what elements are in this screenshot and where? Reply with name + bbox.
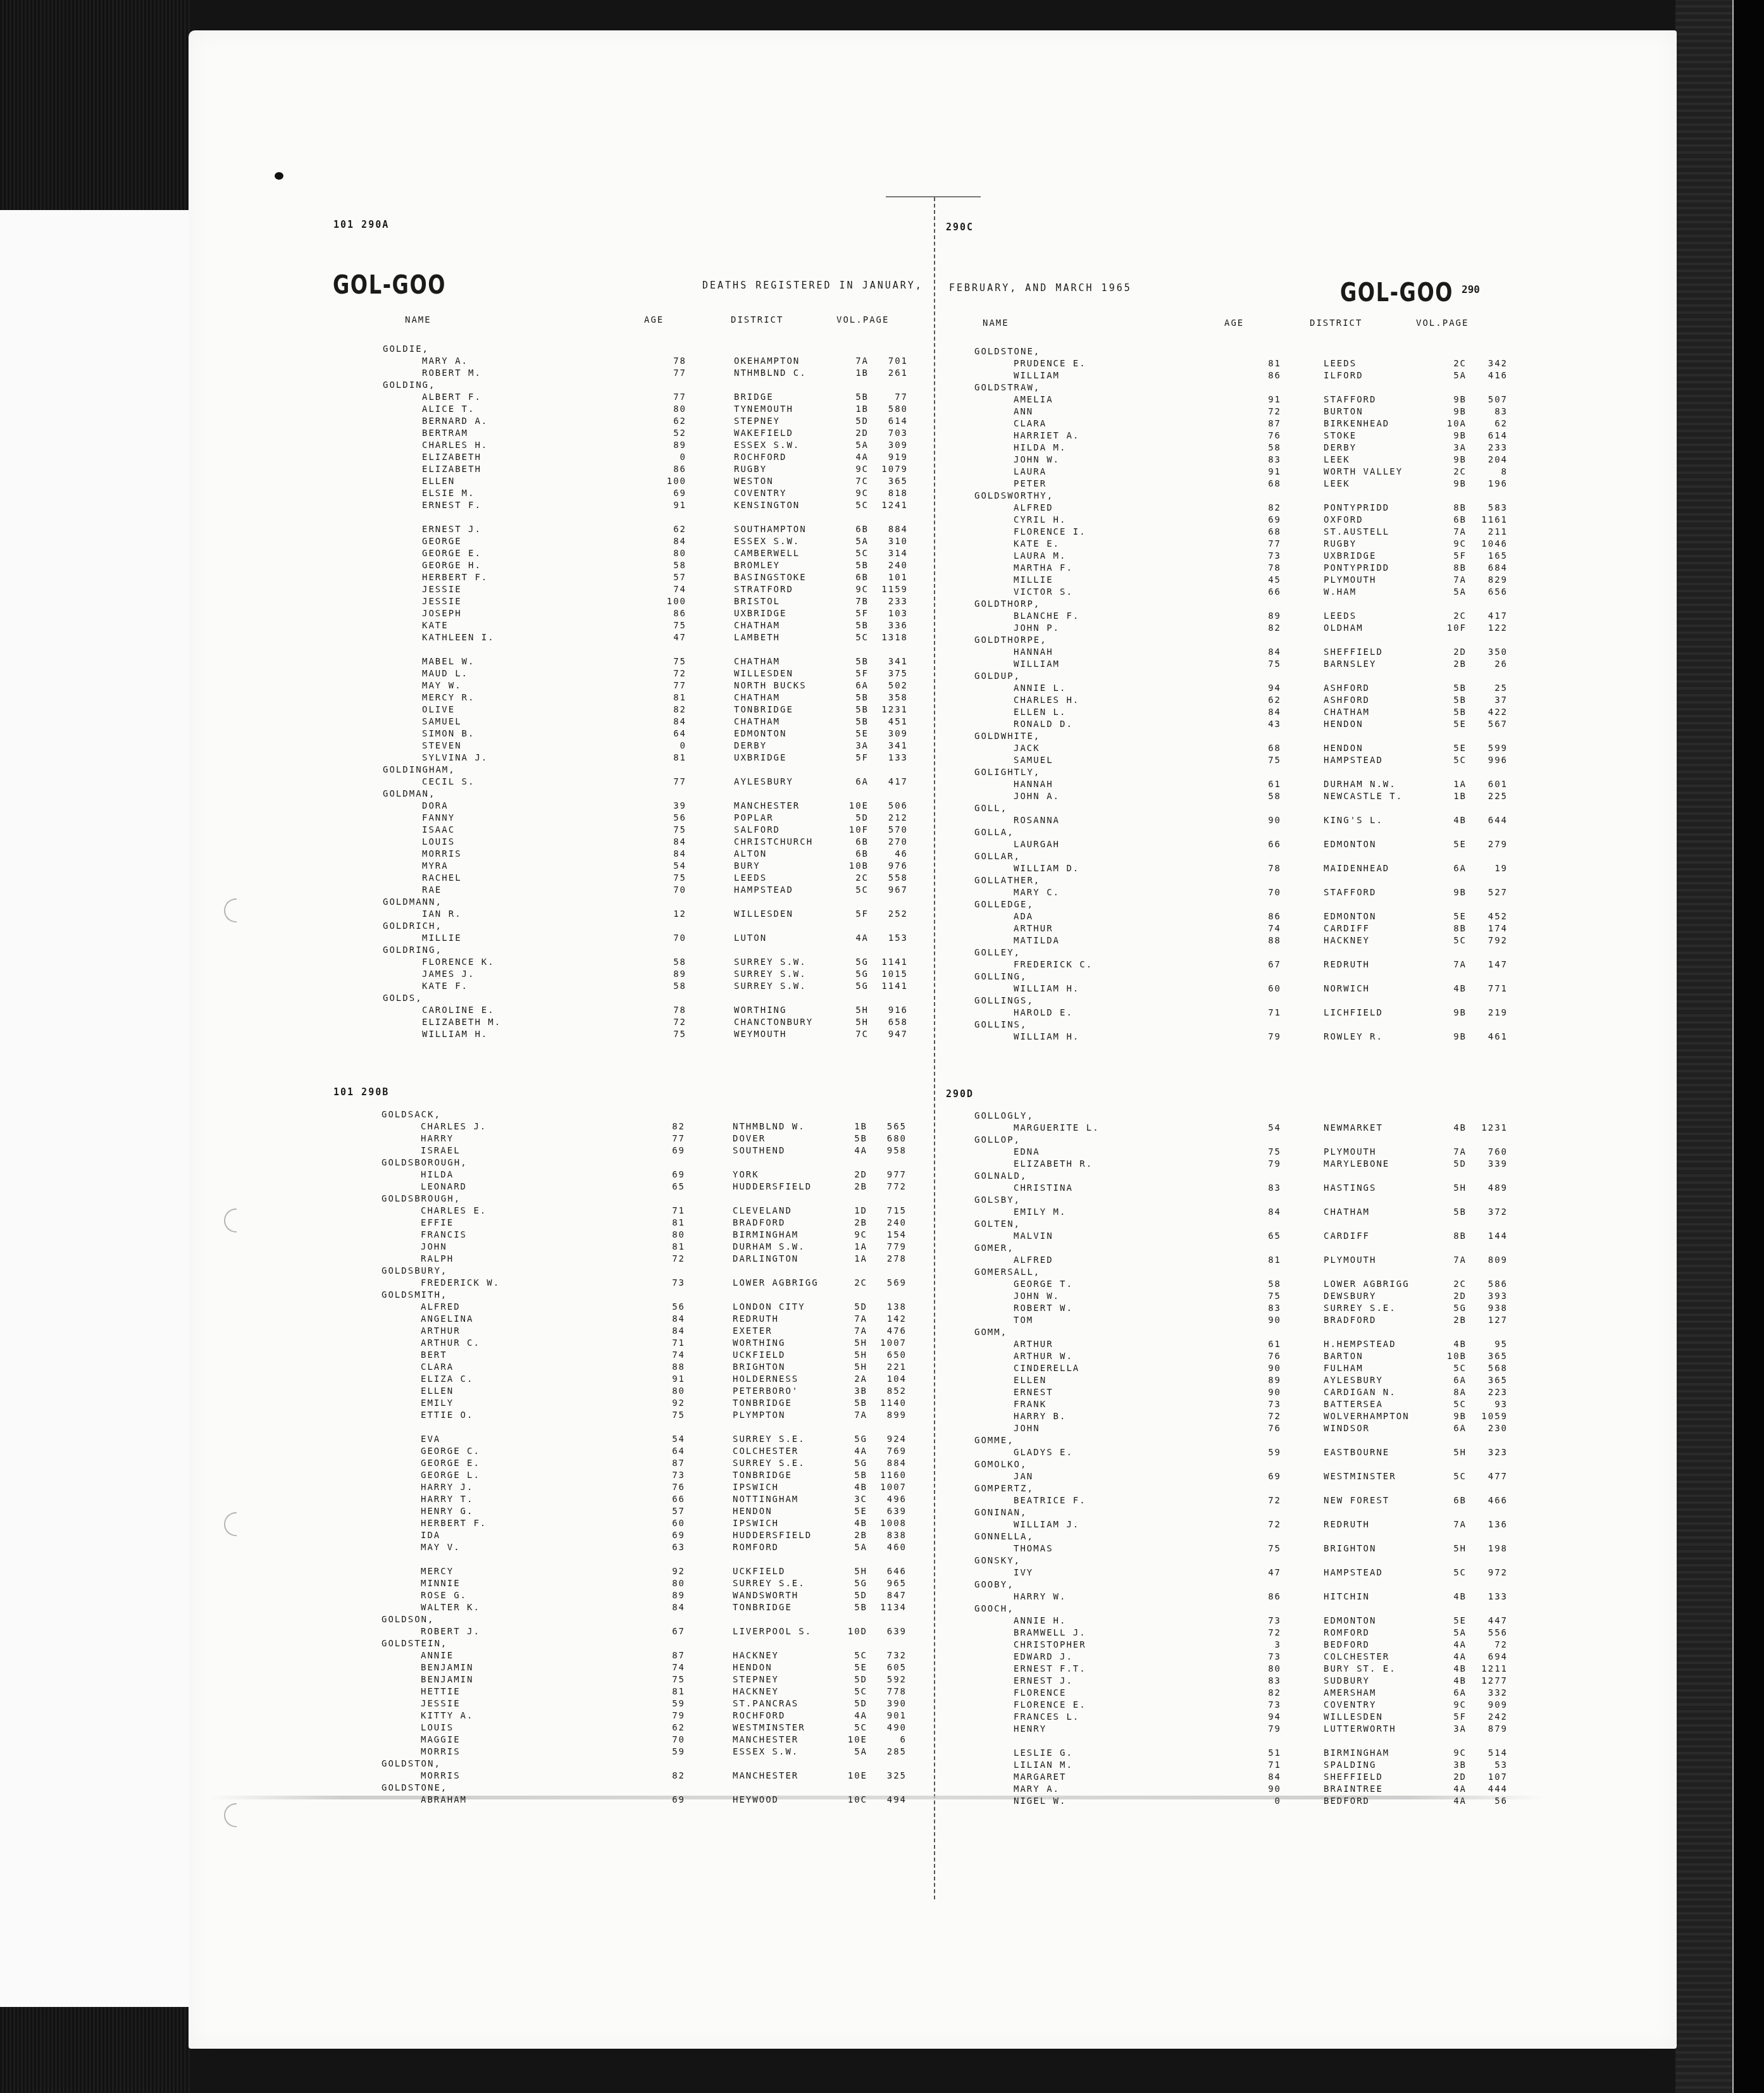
given-name: ARTHUR [1014, 923, 1053, 935]
page: 1241 [871, 500, 908, 512]
volume: 5G [837, 1434, 867, 1446]
surname: GOLDINGHAM, [383, 764, 456, 776]
index-entry-row: HERBERT F.57BASINGSTOKE6B101 [383, 572, 927, 584]
age: 58 [1243, 791, 1281, 803]
age: 84 [1243, 1772, 1281, 1784]
index-column-290c: GOLDSTONE,PRUDENCE E.81LEEDS2C342WILLIAM… [974, 346, 1519, 1043]
given-name: EDNA [1014, 1146, 1040, 1158]
page: 972 [1471, 1567, 1508, 1579]
age: 47 [649, 632, 686, 644]
district: SOUTHAMPTON [734, 524, 807, 536]
given-name: ANGELINA [421, 1314, 473, 1326]
age: 57 [649, 572, 686, 584]
district: TONBRIDGE [733, 1470, 792, 1482]
age: 68 [1243, 526, 1281, 538]
index-entry-row: LOUIS62WESTMINSTER5C490 [382, 1722, 926, 1734]
given-name: ISRAEL [421, 1145, 461, 1157]
index-entry-row: HARRY W.86HITCHIN4B133 [974, 1591, 1519, 1603]
index-entry-row: ANNIE L.94ASHFORD5B25 [974, 683, 1519, 695]
given-name: GEORGE T. [1014, 1279, 1073, 1291]
district: HENDON [1324, 743, 1363, 755]
index-entry-row: ERNEST F.T.80BURY ST. E.4B1211 [974, 1663, 1519, 1675]
volume: 9B [1436, 454, 1467, 466]
volume: 7A [1436, 526, 1467, 538]
index-entry-row: IDA69HUDDERSFIELD2B838 [382, 1530, 926, 1542]
page: 489 [1471, 1183, 1508, 1195]
index-entry-row: ARTHUR84EXETER7A476 [382, 1326, 926, 1338]
given-name: EMILY [421, 1398, 454, 1410]
given-name: ELIZABETH [422, 464, 481, 476]
age: 82 [647, 1770, 685, 1782]
surname-heading: GOMPERTZ, [974, 1483, 1519, 1495]
index-entry-row: EMILY92TONBRIDGE5B1140 [382, 1398, 926, 1410]
index-entry-row: JOHN P.82OLDHAM10F122 [974, 623, 1519, 635]
given-name: GEORGE E. [421, 1458, 480, 1470]
age: 57 [647, 1506, 685, 1518]
district: STEPNEY [734, 416, 780, 428]
district: HACKNEY [733, 1686, 779, 1698]
given-name: JESSIE [422, 584, 462, 596]
district: TONBRIDGE [733, 1602, 792, 1614]
age: 39 [649, 800, 686, 812]
district: SALFORD [734, 824, 780, 836]
age: 88 [1243, 935, 1281, 947]
volume: 7C [838, 1029, 869, 1041]
index-entry-row: ERNEST F.91KENSINGTON5C1241 [383, 500, 927, 512]
district: SURREY S.E. [733, 1458, 805, 1470]
index-entry-row: JESSIE59ST.PANCRAS5D390 [382, 1698, 926, 1710]
district: LEEDS [734, 873, 767, 885]
age: 74 [649, 584, 686, 596]
age: 56 [647, 1301, 685, 1314]
column-head-volpage: VOL.PAGE [1416, 318, 1469, 328]
age: 75 [647, 1674, 685, 1686]
page: 101 [871, 572, 908, 584]
volume: 2B [837, 1217, 867, 1229]
given-name: JOSEPH [422, 608, 462, 620]
volume: 1A [837, 1241, 867, 1253]
age: 91 [1243, 394, 1281, 406]
volume: 2C [1436, 611, 1467, 623]
given-name: KATE [422, 620, 449, 632]
district: RUGBY [734, 464, 767, 476]
given-name: MATILDA [1014, 935, 1060, 947]
page: 506 [871, 800, 908, 812]
age: 90 [1243, 1315, 1281, 1327]
surname: GOLSBY, [974, 1195, 1021, 1207]
given-name: CHRISTOPHER [1014, 1639, 1086, 1651]
given-name: LOUIS [421, 1722, 454, 1734]
given-name: ARTHUR [1014, 1339, 1053, 1351]
district: WESTON [734, 476, 774, 488]
page: 95 [1471, 1339, 1508, 1351]
age: 89 [647, 1590, 685, 1602]
volume: 4B [1436, 1339, 1467, 1351]
index-entry-row: ARTHUR61H.HEMPSTEAD4B95 [974, 1339, 1519, 1351]
row-spacer [383, 644, 927, 656]
index-entry-row: ANNIE87HACKNEY5C732 [382, 1650, 926, 1662]
index-entry-row: BERNARD A.62STEPNEY5D614 [383, 416, 927, 428]
age: 62 [649, 416, 686, 428]
age: 72 [1243, 1411, 1281, 1423]
surname-heading: GOLDSWORTHY, [974, 490, 1519, 502]
given-name: ROSE G. [421, 1590, 467, 1602]
volume: 7A [838, 356, 869, 368]
given-name: ABRAHAM [421, 1794, 467, 1806]
index-entry-row: LAURA M.73UXBRIDGE5F165 [974, 550, 1519, 562]
surname-heading: GOLDSBROUGH, [382, 1193, 926, 1205]
page: 580 [871, 404, 908, 416]
district: SHEFFIELD [1324, 647, 1383, 659]
page: 153 [871, 933, 908, 945]
age: 82 [649, 704, 686, 716]
index-entry-row: HARRY B.72WOLVERHAMPTON9B1059 [974, 1411, 1519, 1423]
range-title-left: GOL-GOO [333, 271, 446, 300]
district: IPSWICH [733, 1518, 779, 1530]
page: 196 [1471, 478, 1508, 490]
page: 884 [870, 1458, 907, 1470]
index-entry-row: MERCY R.81CHATHAM5B358 [383, 692, 927, 704]
volume: 1B [838, 368, 869, 380]
volume: 9B [1436, 430, 1467, 442]
volume: 5G [837, 1578, 867, 1590]
age: 79 [647, 1710, 685, 1722]
given-name: MAUD L. [422, 668, 468, 680]
surname-heading: GOLDRICH, [383, 921, 927, 933]
index-entry-row: ARTHUR W.76BARTON10B365 [974, 1351, 1519, 1363]
index-entry-row: ARTHUR74CARDIFF8B174 [974, 923, 1519, 935]
given-name: IAN R. [422, 909, 462, 921]
district: LIVERPOOL S. [733, 1626, 812, 1638]
index-entry-row: LESLIE G.51BIRMINGHAM9C514 [974, 1748, 1519, 1760]
district: WEYMOUTH [734, 1029, 786, 1041]
index-entry-row: CLARA88BRIGHTON5H221 [382, 1362, 926, 1374]
surname: GOLDRICH, [383, 921, 442, 933]
district: WILLESDEN [1324, 1711, 1383, 1723]
district: DURHAM S.W. [733, 1241, 805, 1253]
page: 147 [1471, 959, 1508, 971]
surname-heading: GOLDUP, [974, 671, 1519, 683]
page: 309 [871, 728, 908, 740]
given-name: CLARA [1014, 418, 1047, 430]
index-entry-row: FANNY56POPLAR5D212 [383, 812, 927, 824]
district: NEWMARKET [1324, 1122, 1383, 1134]
volume: 5C [1436, 1363, 1467, 1375]
volume: 5B [838, 704, 869, 716]
district: DERBY [1324, 442, 1357, 454]
index-entry-row: JOHN W.83LEEK9B204 [974, 454, 1519, 466]
surname: GOMERSALL, [974, 1267, 1040, 1279]
age: 84 [647, 1602, 685, 1614]
index-entry-row: WILLIAM75BARNSLEY2B26 [974, 659, 1519, 671]
district: NEWCASTLE T. [1324, 791, 1403, 803]
page: 37 [1471, 695, 1508, 707]
district: WORTH VALLEY [1324, 466, 1403, 478]
district: DURHAM N.W. [1324, 779, 1396, 791]
given-name: ANNIE L. [1014, 683, 1066, 695]
given-name: IDA [421, 1530, 440, 1542]
given-name: JOHN [1014, 1423, 1040, 1435]
page: 233 [871, 596, 908, 608]
index-entry-row: IAN R.12WILLESDEN5F252 [383, 909, 927, 921]
page: 372 [1471, 1207, 1508, 1219]
district: W.HAM [1324, 587, 1357, 599]
page: 323 [1471, 1447, 1508, 1459]
range-title-right: GOL-GOO [1340, 278, 1453, 307]
age: 62 [649, 524, 686, 536]
age: 82 [1243, 502, 1281, 514]
index-entry-row: MYRA54BURY10B976 [383, 860, 927, 873]
given-name: CYRIL H. [1014, 514, 1066, 526]
age: 91 [649, 500, 686, 512]
given-name: NIGEL W. [1014, 1796, 1066, 1808]
index-entry-row: WILLIAM86ILFORD5A416 [974, 370, 1519, 382]
index-entry-row: DORA39MANCHESTER10E506 [383, 800, 927, 812]
page: 570 [871, 824, 908, 836]
page: 565 [870, 1121, 907, 1133]
volume: 10D [837, 1626, 867, 1638]
index-entry-row: MORRIS84ALTON6B46 [383, 848, 927, 860]
district: SURREY S.E. [733, 1434, 805, 1446]
page: 417 [871, 776, 908, 788]
index-entry-row: HERBERT F.60IPSWICH4B1008 [382, 1518, 926, 1530]
given-name: ELIZA C. [421, 1374, 473, 1386]
surname: GOLDUP, [974, 671, 1021, 683]
page: 976 [871, 860, 908, 873]
district: SURREY S.E. [1324, 1303, 1396, 1315]
given-name: FLORENCE [1014, 1687, 1066, 1699]
page: 996 [1471, 755, 1508, 767]
age: 68 [1243, 478, 1281, 490]
given-name: WILLIAM J. [1014, 1519, 1079, 1531]
age: 73 [1243, 1699, 1281, 1711]
page: 221 [870, 1362, 907, 1374]
district: BRAINTREE [1324, 1784, 1383, 1796]
index-entry-row: LAURGAH66EDMONTON5E279 [974, 839, 1519, 851]
given-name: MARTHA F. [1014, 562, 1073, 574]
district: DARLINGTON [733, 1253, 798, 1265]
index-entry-row: SAMUEL84CHATHAM5B451 [383, 716, 927, 728]
surname-heading: GOLDSBOROUGH, [382, 1157, 926, 1169]
page: 93 [1471, 1399, 1508, 1411]
age: 94 [1243, 683, 1281, 695]
index-column-290a: GOLDIE,MARY A.78OKEHAMPTON7A701ROBERT M.… [383, 344, 927, 1041]
district: SURREY S.W. [734, 981, 807, 993]
volume: 8B [1436, 502, 1467, 514]
page: 568 [1471, 1363, 1508, 1375]
page: 527 [1471, 887, 1508, 899]
age: 87 [1243, 418, 1281, 430]
given-name: ARTHUR C. [421, 1338, 480, 1350]
district: HASTINGS [1324, 1183, 1376, 1195]
district: PONTYPRIDD [1324, 562, 1389, 574]
district: BIRMINGHAM [733, 1229, 798, 1241]
page: 393 [1471, 1291, 1508, 1303]
given-name: WILLIAM [1014, 370, 1060, 382]
district: BRADFORD [733, 1217, 785, 1229]
given-name: BEATRICE F. [1014, 1495, 1086, 1507]
page: 847 [870, 1590, 907, 1602]
age: 72 [649, 1017, 686, 1029]
volume: 4A [1436, 1651, 1467, 1663]
age: 81 [649, 752, 686, 764]
district: CARDIFF [1324, 923, 1370, 935]
volume: 4A [838, 933, 869, 945]
surname-heading: GOMOLKO, [974, 1459, 1519, 1471]
age: 59 [1243, 1447, 1281, 1459]
page: 8 [1471, 466, 1508, 478]
page: 490 [870, 1722, 907, 1734]
district: HENDON [1324, 719, 1363, 731]
index-entry-row: MARTHA F.78PONTYPRIDD8B684 [974, 562, 1519, 574]
page: 336 [871, 620, 908, 632]
volume: 10B [1436, 1351, 1467, 1363]
given-name: GEORGE L. [421, 1470, 480, 1482]
index-entry-row: ISAAC75SALFORD10F570 [383, 824, 927, 836]
given-name: HAROLD E. [1014, 1007, 1073, 1019]
page: 507 [1471, 394, 1508, 406]
age: 77 [649, 680, 686, 692]
index-entry-row: ETTIE O.75PLYMPTON7A899 [382, 1410, 926, 1422]
index-entry-row: HILDA69YORK2D977 [382, 1169, 926, 1181]
page: 223 [1471, 1387, 1508, 1399]
page: 938 [1471, 1303, 1508, 1315]
volume: 5B [838, 560, 869, 572]
volume: 7A [837, 1410, 867, 1422]
age: 89 [649, 969, 686, 981]
page: 26 [1471, 659, 1508, 671]
given-name: HERBERT F. [422, 572, 488, 584]
age: 12 [649, 909, 686, 921]
given-name: SIMON B. [422, 728, 475, 740]
volume: 5H [837, 1566, 867, 1578]
surname-heading: GOLDMANN, [383, 897, 927, 909]
index-entry-row: ADA86EDMONTON5E452 [974, 911, 1519, 923]
surname-heading: GOLDSMITH, [382, 1289, 926, 1301]
district: LEEK [1324, 454, 1350, 466]
surname: GOLLEY, [974, 947, 1021, 959]
district: BASINGSTOKE [734, 572, 807, 584]
given-name: LOUIS [422, 836, 455, 848]
given-name: MERCY R. [422, 692, 475, 704]
surname-heading: GOLDTHORPE, [974, 635, 1519, 647]
surname: GOMPERTZ, [974, 1483, 1034, 1495]
volume: 7C [838, 476, 869, 488]
page: 309 [871, 440, 908, 452]
index-entry-row: ELLEN80PETERBORO'3B852 [382, 1386, 926, 1398]
volume: 2B [1436, 659, 1467, 671]
volume: 5H [837, 1350, 867, 1362]
given-name: GLADYS E. [1014, 1447, 1073, 1459]
district: KING'S L. [1324, 815, 1383, 827]
age: 90 [1243, 1387, 1281, 1399]
district: TONBRIDGE [733, 1398, 792, 1410]
given-name: HARRIET A. [1014, 430, 1079, 442]
age: 80 [647, 1578, 685, 1590]
volume: 5G [838, 957, 869, 969]
given-name: WILLIAM D. [1014, 863, 1079, 875]
volume: 5D [837, 1674, 867, 1686]
index-entry-row: MARGARET84SHEFFIELD2D107 [974, 1772, 1519, 1784]
given-name: LAURGAH [1014, 839, 1060, 851]
district: ROMFORD [1324, 1627, 1370, 1639]
page-number: 290 [1462, 283, 1480, 295]
given-name: CHRISTINA [1014, 1183, 1073, 1195]
volume: 5C [838, 500, 869, 512]
given-name: FRANK [1014, 1399, 1047, 1411]
index-entry-row: MORRIS59ESSEX S.W.5A285 [382, 1746, 926, 1758]
given-name: ELLEN [422, 476, 455, 488]
surname: GOLLOP, [974, 1134, 1021, 1146]
given-name: MARY C. [1014, 887, 1060, 899]
page: 365 [1471, 1375, 1508, 1387]
given-name: EDWARD J. [1014, 1651, 1073, 1663]
page: 977 [870, 1169, 907, 1181]
index-entry-row: ALFRED81PLYMOUTH7A809 [974, 1255, 1519, 1267]
index-entry-row: ELIZABETH R.79MARYLEBONE5D339 [974, 1158, 1519, 1171]
given-name: KATHLEEN I. [422, 632, 495, 644]
surname: GOLLAR, [974, 851, 1021, 863]
volume: 4B [1436, 1663, 1467, 1675]
page: 684 [1471, 562, 1508, 574]
index-entry-row: TOM90BRADFORD2B127 [974, 1315, 1519, 1327]
page: 477 [1471, 1471, 1508, 1483]
district: LICHFIELD [1324, 1007, 1383, 1019]
index-entry-row: KATE E.77RUGBY9C1046 [974, 538, 1519, 550]
age: 73 [1243, 1399, 1281, 1411]
age: 86 [1243, 1591, 1281, 1603]
page: 919 [871, 452, 908, 464]
index-entry-row: SAMUEL75HAMPSTEAD5C996 [974, 755, 1519, 767]
given-name: ERNEST J. [422, 524, 481, 536]
volume: 7A [1436, 1146, 1467, 1158]
page: 461 [1471, 1031, 1508, 1043]
volume: 4B [1436, 1591, 1467, 1603]
district: ASHFORD [1324, 695, 1370, 707]
index-entry-row: ELLEN100WESTON7C365 [383, 476, 927, 488]
given-name: DORA [422, 800, 449, 812]
district: HUDDERSFIELD [733, 1181, 812, 1193]
index-column-290d: GOLLOGLY,MARGUERITE L.54NEWMARKET4B1231G… [974, 1110, 1519, 1808]
given-name: HANNAH [1014, 647, 1053, 659]
page: 884 [871, 524, 908, 536]
page: 1079 [871, 464, 908, 476]
surname-heading: GONINAN, [974, 1507, 1519, 1519]
page: 792 [1471, 935, 1508, 947]
index-entry-row: HENRY G.57HENDON5E639 [382, 1506, 926, 1518]
volume: 5C [1436, 935, 1467, 947]
volume: 7A [1436, 959, 1467, 971]
given-name: MAY V. [421, 1542, 461, 1554]
page: 680 [870, 1133, 907, 1145]
volume: 5A [1436, 587, 1467, 599]
index-entry-row: JACK68HENDON5E599 [974, 743, 1519, 755]
page: 416 [1471, 370, 1508, 382]
age: 86 [1243, 911, 1281, 923]
given-name: FANNY [422, 812, 455, 824]
district: LONDON CITY [733, 1301, 805, 1314]
page: 451 [871, 716, 908, 728]
district: CHATHAM [734, 656, 780, 668]
given-name: MAGGIE [421, 1734, 461, 1746]
age: 75 [647, 1410, 685, 1422]
page: 656 [1471, 587, 1508, 599]
surname: GOLDSBROUGH, [382, 1193, 461, 1205]
given-name: LEONARD [421, 1181, 467, 1193]
district: BIRKENHEAD [1324, 418, 1389, 430]
district: BURTON [1324, 406, 1363, 418]
index-entry-row: KITTY A.79ROCHFORD4A901 [382, 1710, 926, 1722]
